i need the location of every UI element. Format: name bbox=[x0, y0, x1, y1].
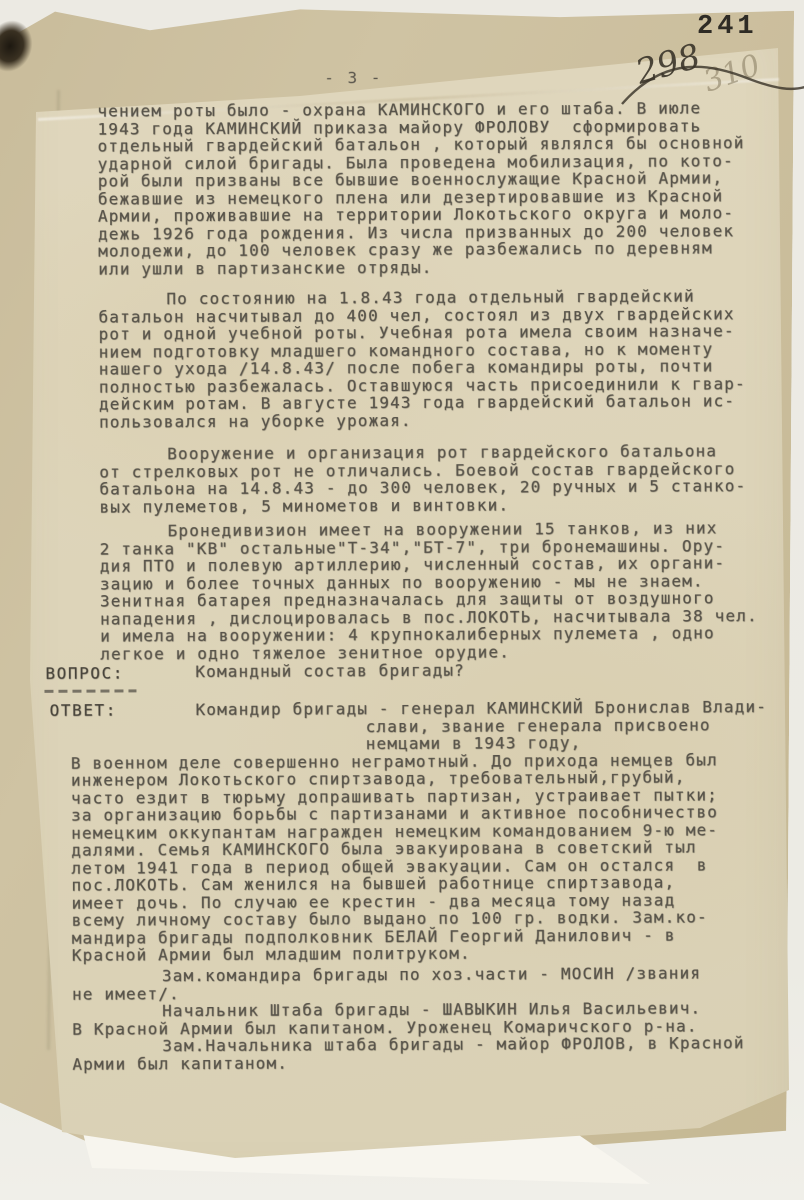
text-line: молодежи, до 100 человек сразу же разбеж… bbox=[98, 239, 802, 260]
paragraph-company-guard: чением роты было - охрана КАМИНСКОГО и е… bbox=[0, 99, 802, 278]
text-line: легкое и одно тяжелое зенитное орудие. bbox=[100, 641, 804, 662]
scanned-document: 241 310 298 - 3 - чением роты было - охр… bbox=[0, 0, 804, 1200]
text-line: или ушли в партизанские отряды. bbox=[98, 256, 802, 277]
text-line: немцами в 1943 году, bbox=[366, 733, 804, 753]
paragraph-armament: Вооружение и организация рот гвардейског… bbox=[0, 442, 804, 516]
question-label-underline bbox=[44, 689, 136, 692]
paragraph-staff-list: Зам.командира бригады по хоз.части - МОС… bbox=[2, 964, 804, 1073]
question-text: Командный состав бригады? bbox=[0, 660, 804, 682]
paragraph-armored-division: Бронедивизион имеет на вооружении 15 тан… bbox=[0, 519, 804, 663]
text-line: Командир бригады - генерал КАМИНСКИЙ Бро… bbox=[196, 698, 804, 719]
paragraph-battalion-status: По состоянию на 1.8.43 года отдельный гв… bbox=[0, 287, 803, 431]
text-line: вых пулеметов, 5 минометов и винтовки. bbox=[99, 494, 803, 515]
typewritten-text-layer: - 3 - чением роты было - охрана КАМИНСКО… bbox=[0, 0, 804, 1200]
text-line: Красной Армии был младшим политруком. bbox=[72, 943, 804, 964]
text-line: слави, звание генерала присвоено bbox=[366, 715, 804, 735]
text-line: пользовался на уборке урожая. bbox=[99, 409, 803, 430]
answer-text: Командир бригады - генерал КАМИНСКИЙ Бро… bbox=[1, 698, 804, 965]
text-line: Зам.Начальника штаба бригады - майор ФРО… bbox=[162, 1034, 804, 1055]
text-line: Армии был капитаном. bbox=[72, 1051, 804, 1072]
text-line: Командный состав бригады? bbox=[195, 660, 804, 681]
page-number-header: - 3 - bbox=[324, 68, 382, 87]
text-line: дейским ротам. В августе 1943 года гвард… bbox=[99, 392, 803, 413]
